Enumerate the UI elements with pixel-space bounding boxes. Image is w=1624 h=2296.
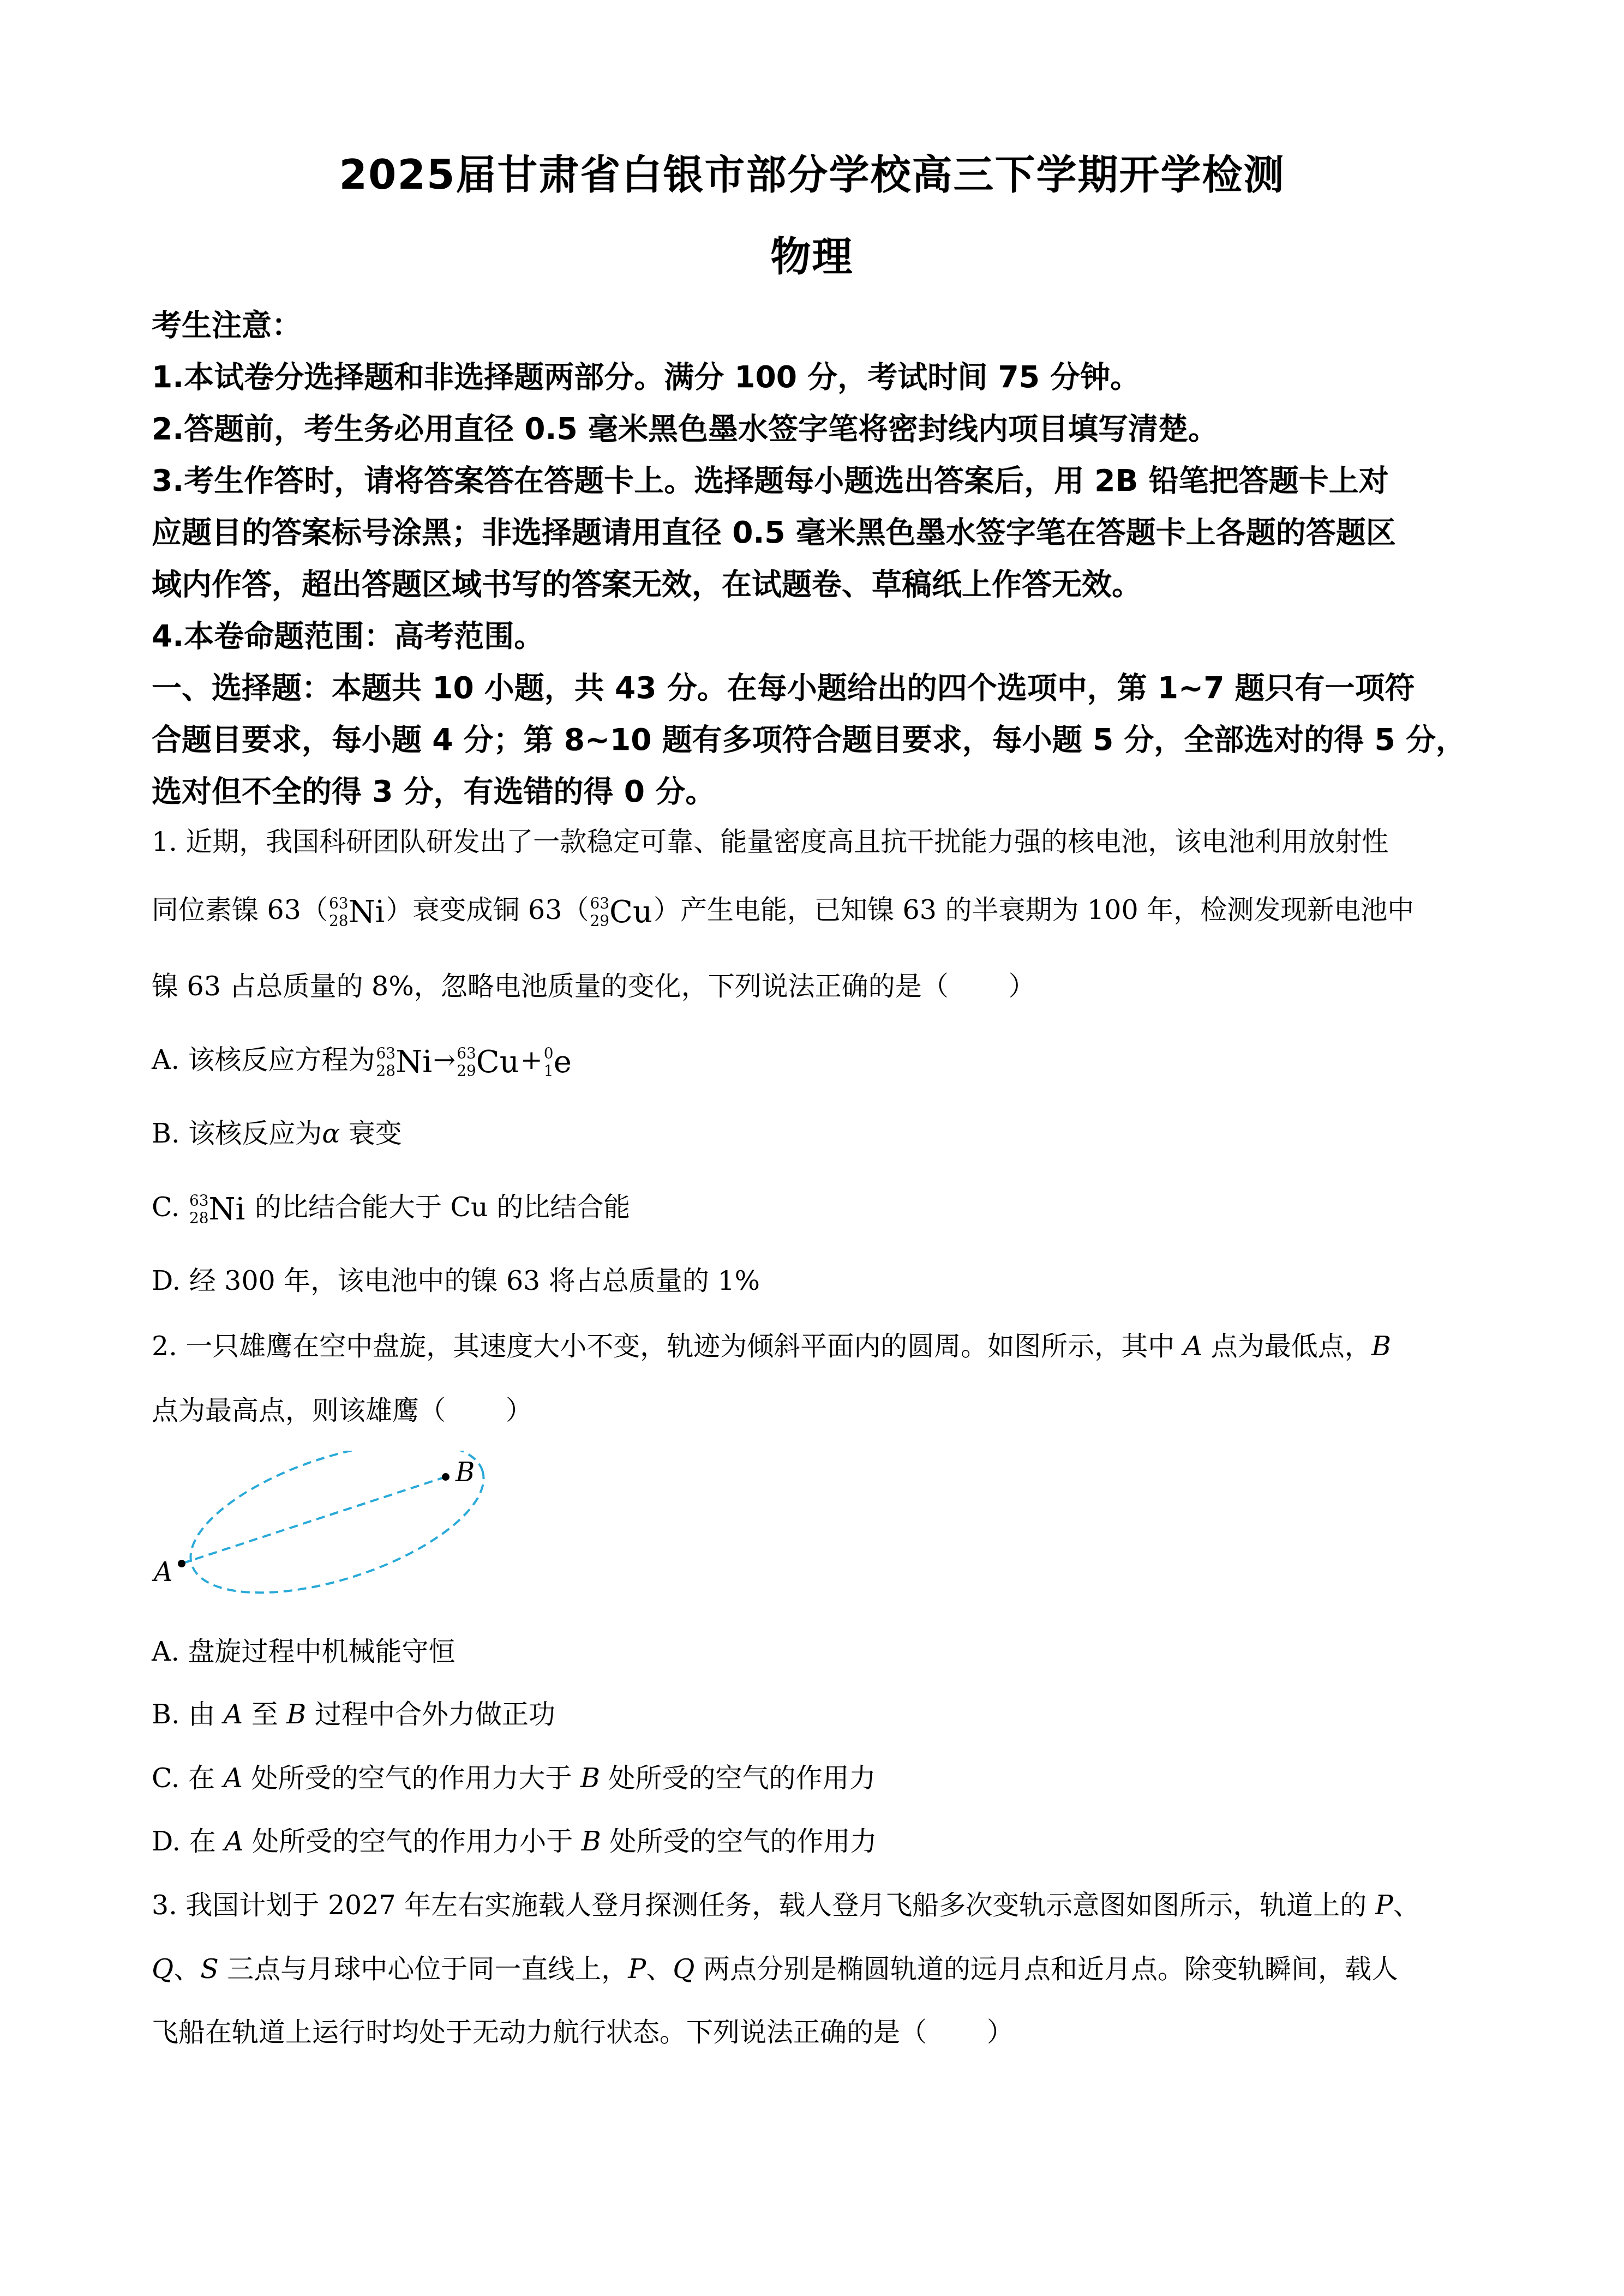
q1-option-d[interactable]: D. 经 300 年，该电池中的镍 63 将占总质量的 1% [152,1260,760,1298]
document-title: 2025届甘肃省白银市部分学校高三下学期开学检测 [0,143,1624,201]
notice-item: 应题目的答案标号涂黑；非选择题请用直径 0.5 毫米黑色墨水签字笔在答题卡上各题… [152,508,1396,551]
q2-stem-line: 2. 一只雄鹰在空中盘旋，其速度大小不变，轨迹为倾斜平面内的圆周。如图所示，其中… [152,1325,1391,1363]
notice-item: 1.本试卷分选择题和非选择题两部分。满分 100 分，考试时间 75 分钟。 [152,353,1140,396]
cu63-isotope: 6329Cu [590,894,652,930]
point-b-marker [442,1473,450,1481]
equation-electron: 01e [544,1044,572,1080]
notice-item: 域内作答，超出答题区域书写的答案无效，在试题卷、草稿纸上作答无效。 [152,560,1142,603]
notice-item: 2.答题前，考生务必用直径 0.5 毫米黑色墨水签字笔将密封线内项目填写清楚。 [152,405,1218,448]
arrow-icon: → [433,1044,456,1075]
q2-option-a[interactable]: A. 盘旋过程中机械能守恒 [152,1631,456,1669]
q2-stem-line: 点为最高点，则该雄鹰（） [152,1390,532,1428]
q3-stem-line: 飞船在轨道上运行时均处于无动力航行状态。下列说法正确的是（） [152,2011,1014,2049]
ni63-isotope: 6328Ni [329,894,385,930]
q1-stem-line: 镍 63 占总质量的 8%，忽略电池质量的变化，下列说法正确的是（） [152,965,1035,1003]
notice-item: 3.考生作答时，请将答案答在答题卡上。选择题每小题选出答案后，用 2B 铅笔把答… [152,456,1389,500]
ni63-isotope: 6328Ni [189,1192,245,1227]
q1-option-b[interactable]: B. 该核反应为α 衰变 [152,1113,402,1151]
section-instruction: 选对但不全的得 3 分，有选错的得 0 分。 [152,767,715,810]
notice-item: 4.本卷命题范围：高考范围。 [152,612,544,655]
point-a-marker [178,1560,185,1567]
section-instruction: 一、选择题：本题共 10 小题，共 43 分。在每小题给出的四个选项中，第 1~… [152,664,1415,707]
figure-label-a: A [154,1557,173,1588]
section-instruction: 合题目要求，每小题 4 分；第 8~10 题有多项符合题目要求，每小题 5 分，… [152,716,1466,759]
q1-stem-line: 1. 近期，我国科研团队研发出了一款稳定可靠、能量密度高且抗干扰能力强的核电池，… [152,821,1388,859]
figure-label-b: B [456,1457,475,1488]
q3-stem-line: 3. 我国计划于 2027 年左右实施载人登月探测任务，载人登月飞船多次变轨示意… [152,1884,1420,1922]
equation-cu: 6329Cu [457,1044,519,1080]
notice-heading: 考生注意： [152,301,302,344]
q2-option-b[interactable]: B. 由 A 至 B 过程中合外力做正功 [152,1693,555,1732]
q2-option-c[interactable]: C. 在 A 处所受的空气的作用力大于 B 处所受的空气的作用力 [152,1757,876,1795]
equation-ni: 6328Ni [376,1044,433,1080]
q2-option-d[interactable]: D. 在 A 处所受的空气的作用力小于 B 处所受的空气的作用力 [152,1820,877,1859]
subject-title: 物理 [0,225,1624,283]
q1-stem-line: 同位素镍 63（6328Ni）衰变成铜 63（6329Cu）产生电能，已知镍 6… [152,889,1414,930]
q3-stem-line: Q、S 三点与月球中心位于同一直线上，P、Q 两点分别是椭圆轨道的远月点和近月点… [152,1948,1398,1986]
eagle-orbit-figure: A B [142,1451,524,1625]
q1-option-a[interactable]: A. 该核反应方程为6328Ni→6329Cu+01e [152,1039,573,1080]
q1-option-c[interactable]: C. 6328Ni 的比结合能大于 Cu 的比结合能 [152,1186,630,1227]
